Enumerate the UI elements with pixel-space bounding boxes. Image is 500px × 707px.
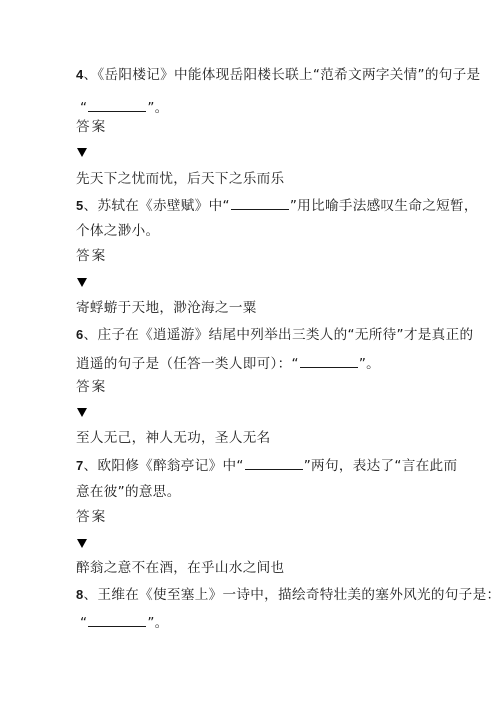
question-8-line-2: “”。 bbox=[80, 613, 169, 632]
answer-text: 至人无己，神人无功，圣人无名 bbox=[76, 429, 271, 447]
fill-blank bbox=[88, 613, 146, 627]
question-text: 王维在《使至塞上》一诗中，描绘奇特壮美的塞外风光的句子是： bbox=[97, 587, 500, 603]
question-7-line-1: 7、欧阳修《醉翁亭记》中“”两句，表达了“言在此而 bbox=[76, 456, 457, 475]
answer-text: 寄蜉蝣于天地，渺沧海之一粟 bbox=[76, 299, 257, 317]
question-6-line-2: 逍遥的句子是（任答一类人即可）：“”。 bbox=[76, 354, 380, 373]
answer-label: 答案 bbox=[76, 378, 107, 396]
fill-blank bbox=[88, 98, 146, 112]
question-number: 4 bbox=[76, 67, 84, 82]
fill-blank bbox=[231, 196, 289, 210]
triangle-down-icon[interactable] bbox=[77, 148, 87, 157]
question-text: 苏轼在《赤壁赋》中“ bbox=[97, 198, 229, 214]
question-6-line-1: 6、庄子在《逍遥游》结尾中列举出三类人的“无所待”才是真正的 bbox=[76, 326, 473, 344]
question-7-line-2: 意在彼”的意思。 bbox=[76, 483, 181, 501]
fill-blank bbox=[300, 354, 358, 368]
triangle-down-icon[interactable] bbox=[77, 539, 87, 548]
question-text: 欧阳修《醉翁亭记》中“ bbox=[97, 458, 243, 474]
question-4-line-1: 4、《岳阳楼记》中能体现岳阳楼长联上“范希文两字关情”的句子是 bbox=[76, 66, 480, 84]
separator: 、 bbox=[84, 587, 98, 603]
question-number: 6 bbox=[76, 327, 84, 342]
question-number: 7 bbox=[76, 458, 84, 473]
question-8-line-1: 8、王维在《使至塞上》一诗中，描绘奇特壮美的塞外风光的句子是： bbox=[76, 586, 500, 604]
separator: 、 bbox=[84, 327, 98, 343]
answer-text: 先天下之忧而忧，后天下之乐而乐 bbox=[76, 170, 284, 188]
answer-text: 醉翁之意不在酒，在乎山水之间也 bbox=[76, 559, 284, 577]
separator: 、 bbox=[84, 67, 98, 83]
question-5-line-2: 个体之渺小。 bbox=[76, 222, 159, 240]
close-quote: ”。 bbox=[359, 356, 380, 372]
question-5-line-1: 5、苏轼在《赤壁赋》中“”用比喻手法感叹生命之短暂， bbox=[76, 196, 478, 215]
question-4-line-2: “”。 bbox=[80, 98, 169, 117]
question-number: 5 bbox=[76, 198, 84, 213]
answer-label: 答案 bbox=[76, 247, 107, 265]
separator: 、 bbox=[84, 458, 98, 474]
close-quote: ”。 bbox=[147, 100, 168, 116]
open-quote: “ bbox=[80, 100, 87, 116]
separator: 、 bbox=[84, 198, 98, 214]
open-quote: “ bbox=[80, 615, 87, 631]
triangle-down-icon[interactable] bbox=[77, 278, 87, 287]
close-quote: ”。 bbox=[147, 615, 168, 631]
answer-label: 答案 bbox=[76, 118, 107, 136]
question-number: 8 bbox=[76, 587, 84, 602]
fill-blank bbox=[245, 456, 303, 470]
question-text: ”用比喻手法感叹生命之短暂， bbox=[290, 198, 478, 214]
answer-label: 答案 bbox=[76, 508, 107, 526]
question-text: 逍遥的句子是（任答一类人即可）：“ bbox=[76, 356, 299, 372]
question-text: 庄子在《逍遥游》结尾中列举出三类人的“无所待”才是真正的 bbox=[97, 327, 473, 343]
question-text: ”两句，表达了“言在此而 bbox=[304, 458, 458, 474]
question-text: 《岳阳楼记》中能体现岳阳楼长联上“范希文两字关情”的句子是 bbox=[97, 67, 480, 83]
triangle-down-icon[interactable] bbox=[77, 408, 87, 417]
